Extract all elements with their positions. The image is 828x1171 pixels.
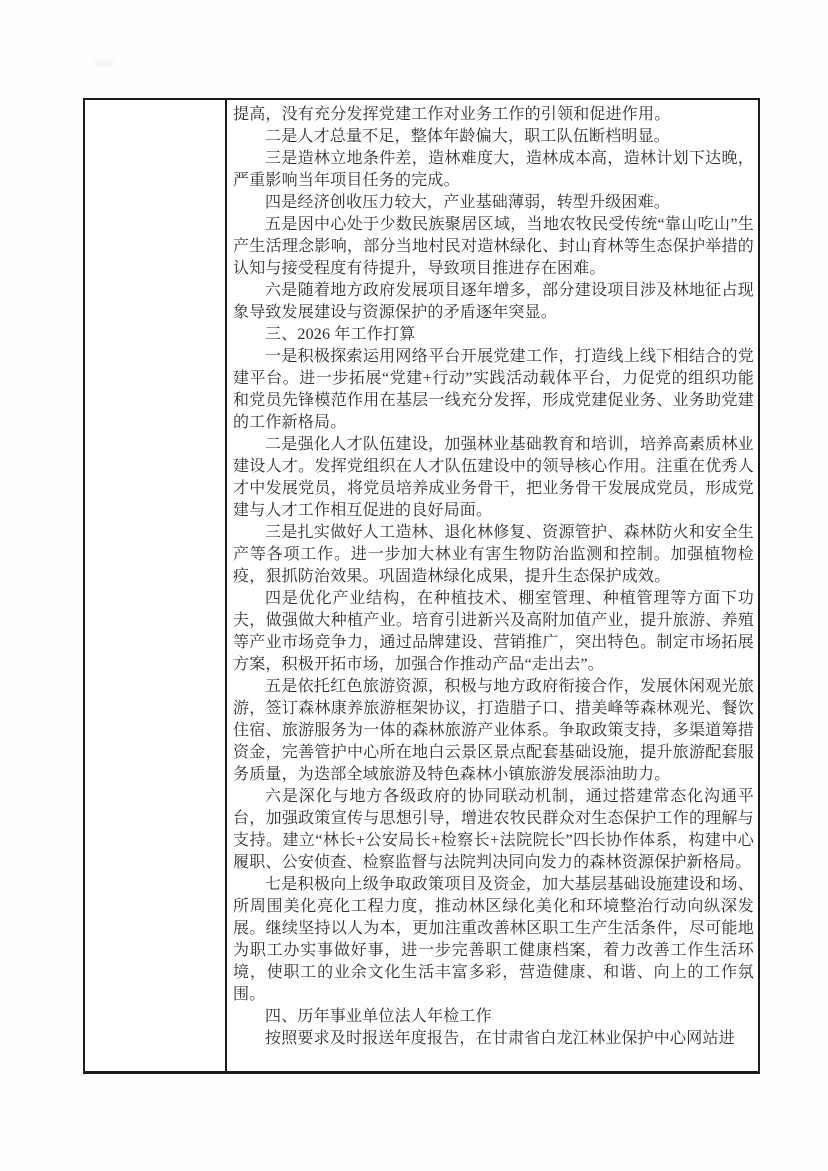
scan-artifact	[94, 60, 114, 66]
paragraph: 三是扎实做好人工造林、退化林修复、资源管护、森林防火和安全生产等各项工作。进一步…	[233, 522, 754, 588]
report-table-row: 提高，没有充分发挥党建工作对业务工作的引领和促进作用。二是人才总量不足，整体年龄…	[83, 98, 760, 1074]
paragraph: 六是深化与地方各级政府的协同联动机制，通过搭建常态化沟通平台，加强政策宣传与思想…	[233, 786, 754, 874]
paragraph: 二是强化人才队伍建设，加强林业基础教育和培训，培养高素质林业建设人才。发挥党组织…	[233, 434, 754, 522]
section-heading: 四、历年事业单位法人年检工作	[233, 1006, 754, 1028]
paragraph: 四是优化产业结构，在种植技术、棚室管理、种植管理等方面下功夫，做强做大种植产业。…	[233, 588, 754, 676]
paragraph: 提高，没有充分发挥党建工作对业务工作的引领和促进作用。	[233, 104, 754, 126]
row-label-cell	[85, 100, 227, 1071]
content-cell: 提高，没有充分发挥党建工作对业务工作的引领和促进作用。二是人才总量不足，整体年龄…	[227, 100, 758, 1071]
paragraph: 五是依托红色旅游资源，积极与地方政府衔接合作，发展休闲观光旅游，签订森林康养旅游…	[233, 676, 754, 786]
paragraph: 二是人才总量不足，整体年龄偏大，职工队伍断档明显。	[233, 126, 754, 148]
paragraph: 五是因中心处于少数民族聚居区域，当地农牧民受传统“靠山吃山”生产生活理念影响，部…	[233, 214, 754, 280]
paragraph: 三是造林立地条件差，造林难度大，造林成本高，造林计划下达晚，严重影响当年项目任务…	[233, 148, 754, 192]
section-heading: 三、2026 年工作打算	[233, 324, 754, 346]
paragraph: 一是积极探索运用网络平台开展党建工作，打造线上线下相结合的党建平台。进一步拓展“…	[233, 346, 754, 434]
paragraph: 七是积极向上级争取政策项目及资金，加大基层基础设施建设和场、所周围美化亮化工程力…	[233, 874, 754, 1006]
paragraph: 按照要求及时报送年度报告，在甘肃省白龙江林业保护中心网站进	[233, 1028, 754, 1050]
paragraph: 六是随着地方政府发展项目逐年增多，部分建设项目涉及林地征占现象导致发展建设与资源…	[233, 280, 754, 324]
paragraph: 四是经济创收压力较大，产业基础薄弱，转型升级困难。	[233, 192, 754, 214]
